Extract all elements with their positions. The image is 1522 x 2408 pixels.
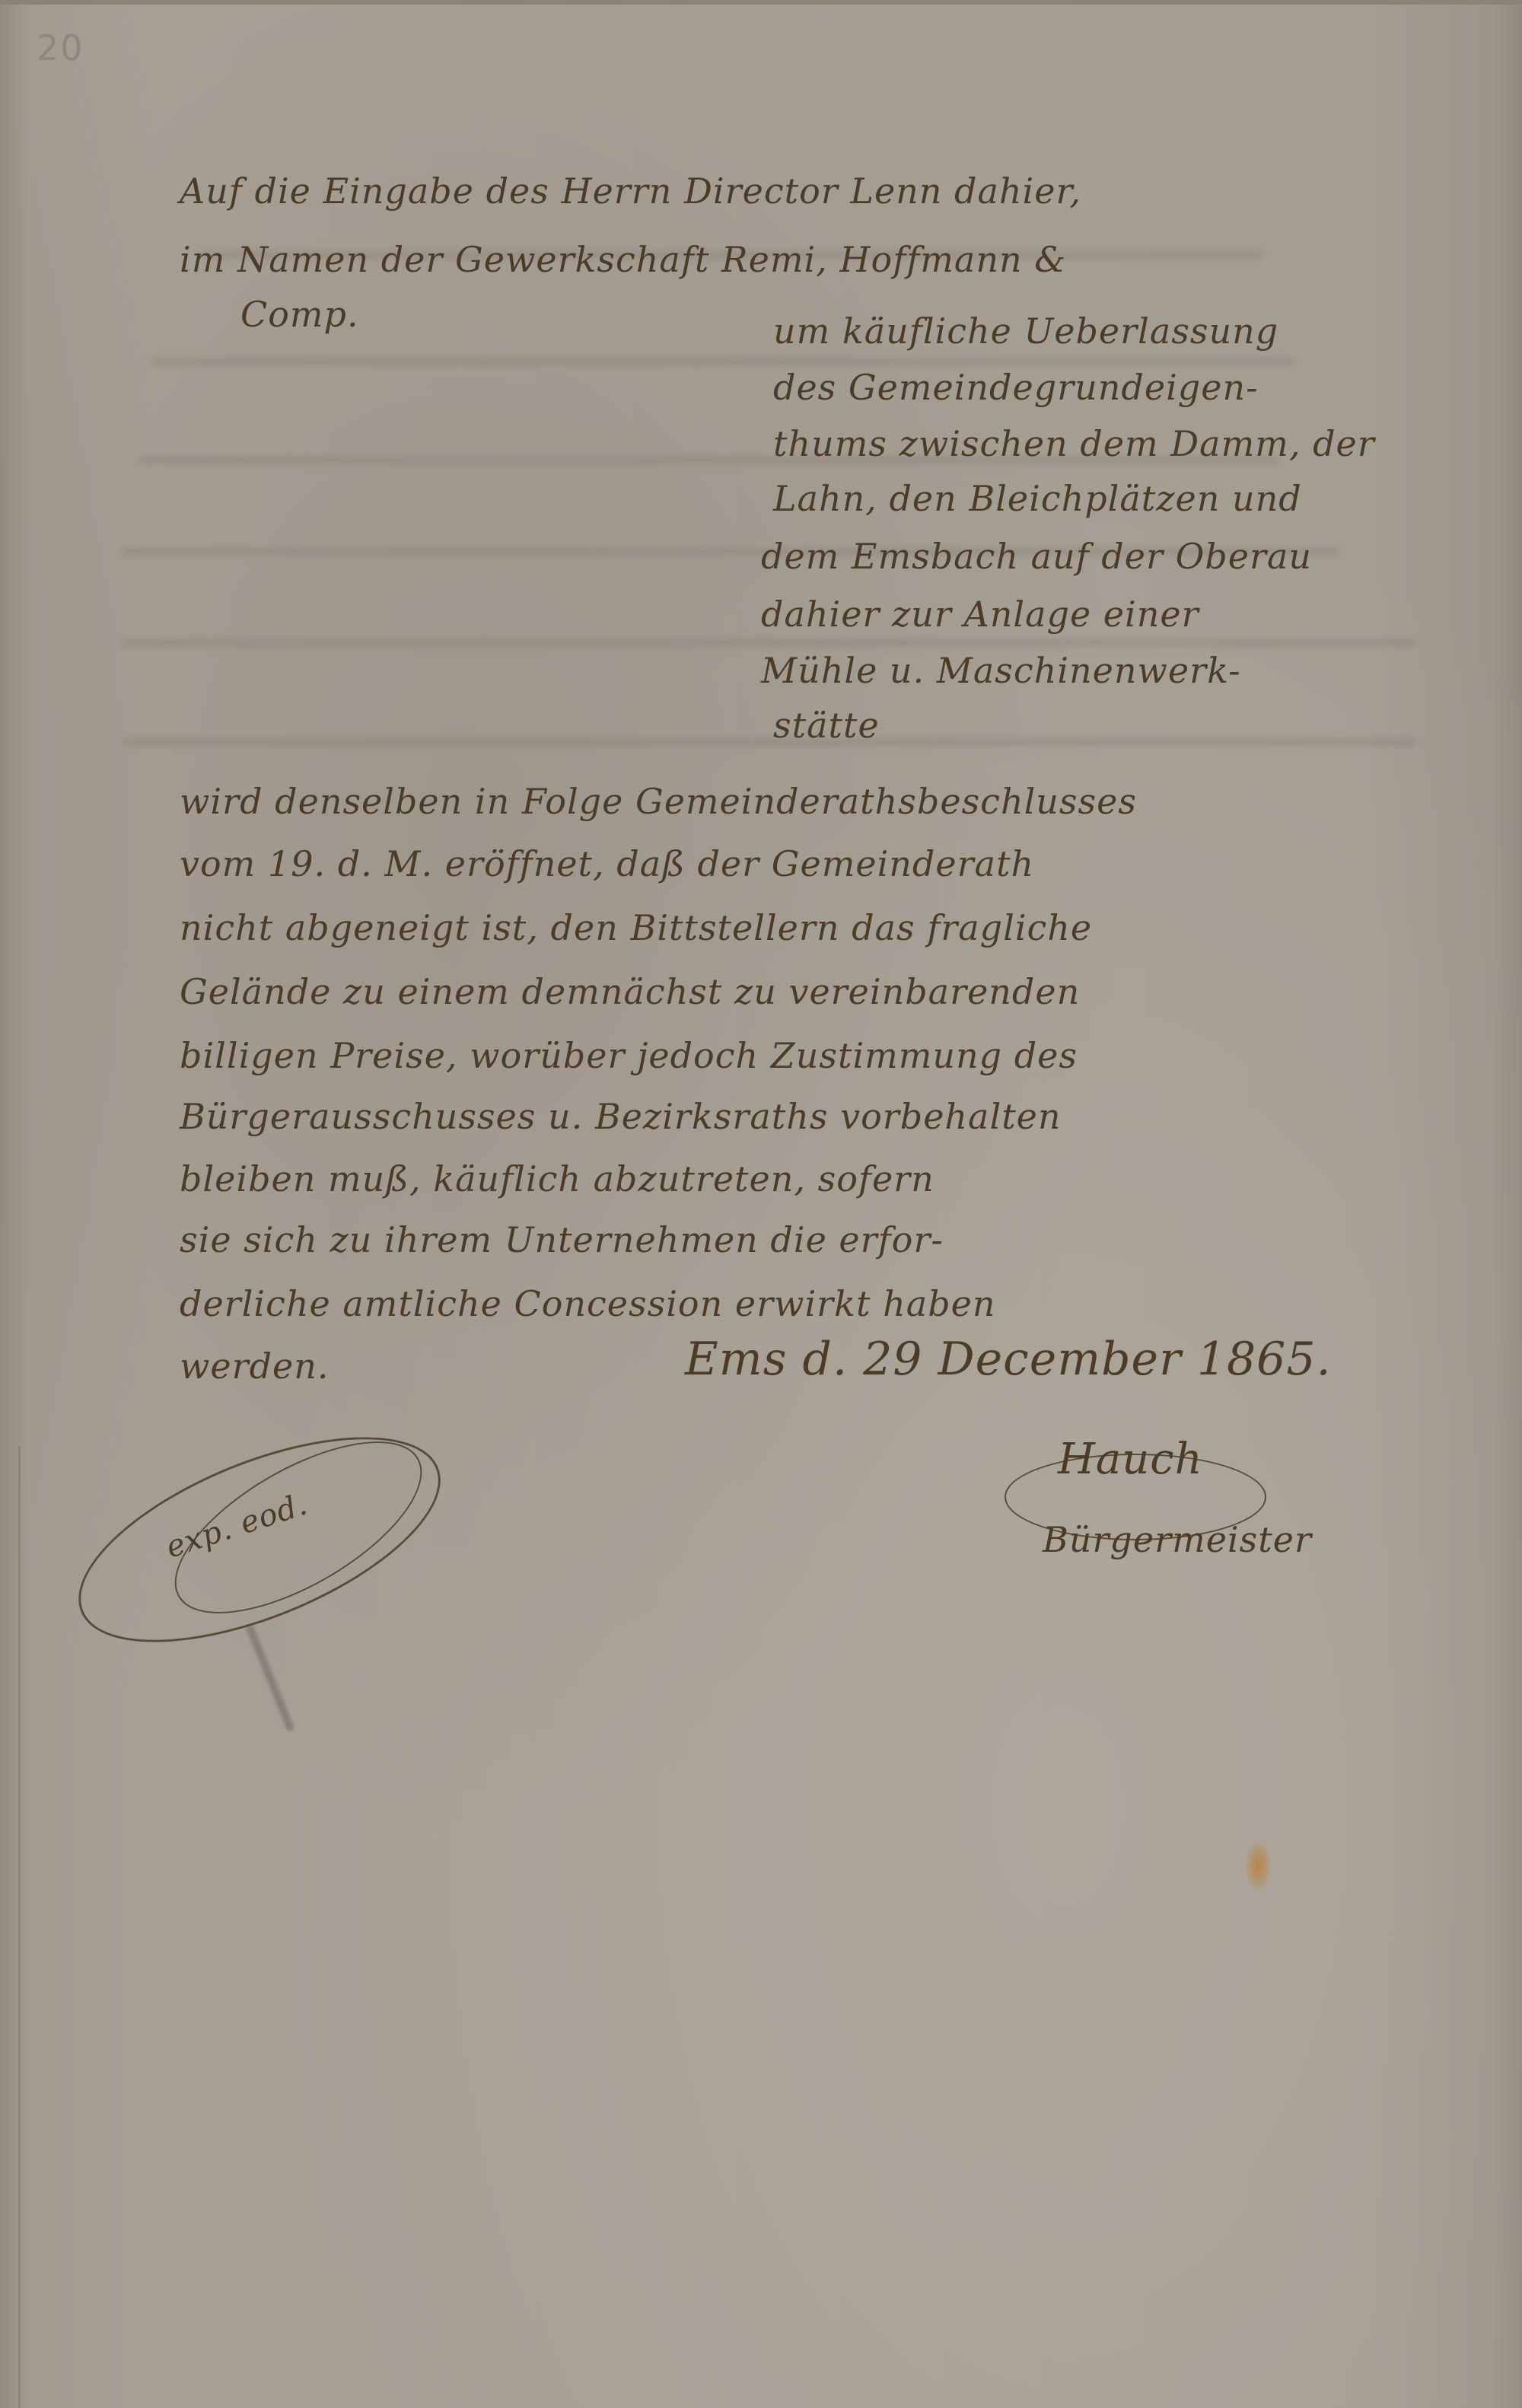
heading-line: im Namen der Gewerkschaft Remi, Hoffmann… [180, 242, 1066, 277]
heading-line: Auf die Eingabe des Herrn Director Lenn … [180, 174, 1081, 209]
body-line: Gelände zu einem demnächst zu vereinbare… [180, 974, 1080, 1009]
subject-line: dem Emsbach auf der Oberau [761, 539, 1312, 574]
body-line: wird denselben in Folge Gemeinderathsbes… [180, 784, 1137, 819]
body-line: Bürgerausschusses u. Bezirksraths vorbeh… [180, 1099, 1062, 1134]
signature-title: Bürgermeister [1043, 1522, 1312, 1557]
bleed-through [122, 639, 1415, 647]
subject-line: Lahn, den Bleichplätzen und [773, 481, 1302, 516]
subject-line: Mühle u. Maschinenwerk- [761, 653, 1241, 688]
signature-name: Hauch [1058, 1438, 1203, 1481]
body-line: derliche amtliche Concession erwirkt hab… [180, 1286, 996, 1321]
subject-line: thums zwischen dem Damm, der [773, 426, 1375, 461]
body-line: nicht abgeneigt ist, den Bittstellern da… [180, 910, 1092, 945]
body-line: werden. [180, 1349, 330, 1384]
rust-stain [1245, 1842, 1271, 1890]
heading-line: Comp. [240, 297, 359, 332]
body-line: vom 19. d. M. eröffnet, daß der Gemeinde… [180, 846, 1034, 881]
body-line: sie sich zu ihrem Unternehmen die erfor- [180, 1222, 944, 1257]
bleed-through [152, 358, 1294, 365]
date-line: Ems d. 29 December 1865. [685, 1336, 1332, 1382]
subject-line: stätte [773, 708, 880, 743]
page-number: 20 [37, 27, 84, 68]
subject-line: dahier zur Anlage einer [761, 597, 1199, 632]
body-line: bleiben muß, käuflich abzutreten, sofern [180, 1161, 935, 1196]
fold-line [18, 1446, 21, 2408]
body-line: billigen Preise, worüber jedoch Zustimmu… [180, 1038, 1078, 1073]
subject-line: um käufliche Ueberlassung [773, 314, 1278, 349]
subject-line: des Gemeindegrundeigen- [773, 370, 1259, 405]
top-edge [0, 0, 1522, 5]
bleed-through [122, 738, 1415, 746]
